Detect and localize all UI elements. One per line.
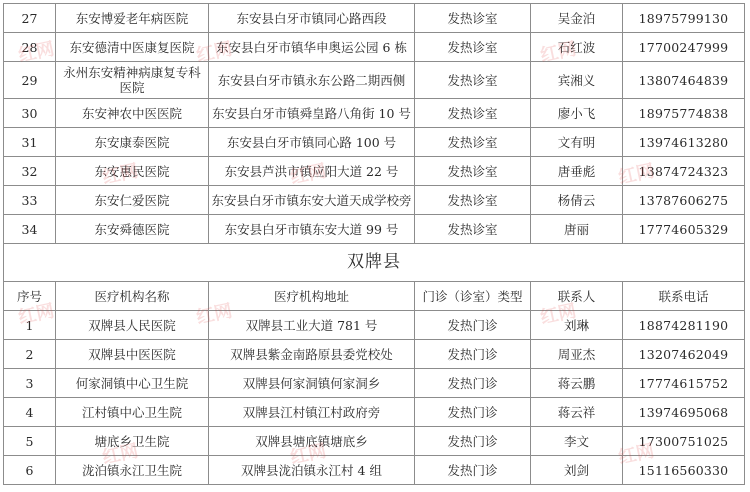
contact-phone: 18975799130 [623,4,745,33]
institution-address: 东安县白牙市镇东安大道 99 号 [209,215,415,244]
contact-person: 蒋云鹏 [531,369,623,398]
contact-person: 石红波 [531,33,623,62]
contact-person: 蒋云祥 [531,398,623,427]
row-number: 5 [4,427,56,456]
contact-phone: 17700247999 [623,33,745,62]
institution-address: 双牌县何家洞镇何家洞乡 [209,369,415,398]
table-row: 28 东安德清中医康复医院 东安县白牙市镇华申奥运公园 6 栋 发热诊室 石红波… [4,33,745,62]
contact-phone: 18975774838 [623,99,745,128]
contact-phone: 13974695068 [623,398,745,427]
table-row: 3 何家洞镇中心卫生院 双牌县何家洞镇何家洞乡 发热门诊 蒋云鹏 1777461… [4,369,745,398]
clinic-type: 发热诊室 [415,33,531,62]
institution-name: 东安惠民医院 [56,157,209,186]
contact-person: 唐丽 [531,215,623,244]
clinic-type: 发热诊室 [415,215,531,244]
clinic-type: 发热门诊 [415,427,531,456]
institution-name: 双牌县中医医院 [56,340,209,369]
contact-person: 刘琳 [531,311,623,340]
contact-phone: 13874724323 [623,157,745,186]
table-row: 6 泷泊镇永江卫生院 双牌县泷泊镇永江村 4 组 发热门诊 刘剑 1511656… [4,456,745,485]
row-number: 29 [4,62,56,99]
row-number: 31 [4,128,56,157]
institution-address: 东安县白牙市镇永东公路二期西侧 [209,62,415,99]
table-row: 5 塘底乡卫生院 双牌县塘底镇塘底乡 发热门诊 李文 17300751025 [4,427,745,456]
row-number: 34 [4,215,56,244]
contact-phone: 17774615752 [623,369,745,398]
column-header-contact: 联系人 [531,282,623,311]
row-number: 27 [4,4,56,33]
row-number: 28 [4,33,56,62]
contact-phone: 18874281190 [623,311,745,340]
column-header-phone: 联系电话 [623,282,745,311]
clinic-table: 27 东安博爱老年病医院 东安县白牙市镇同心路西段 发热诊室 吴金泊 18975… [3,3,745,485]
contact-phone: 13974613280 [623,128,745,157]
institution-address: 东安县白牙市镇东安大道天成学校旁 [209,186,415,215]
column-header-type: 门诊（诊室）类型 [415,282,531,311]
institution-name: 东安舜德医院 [56,215,209,244]
column-header-address: 医疗机构地址 [209,282,415,311]
clinic-type: 发热门诊 [415,311,531,340]
contact-person: 吴金泊 [531,4,623,33]
table-row: 32 东安惠民医院 东安县芦洪市镇应阳大道 22 号 发热诊室 唐垂彪 1387… [4,157,745,186]
clinic-type: 发热诊室 [415,186,531,215]
contact-person: 杨倩云 [531,186,623,215]
row-number: 1 [4,311,56,340]
contact-phone: 13207462049 [623,340,745,369]
clinic-type: 发热诊室 [415,128,531,157]
row-number: 4 [4,398,56,427]
institution-name: 何家洞镇中心卫生院 [56,369,209,398]
institution-address: 东安县芦洪市镇应阳大道 22 号 [209,157,415,186]
institution-address: 双牌县江村镇江村政府旁 [209,398,415,427]
table-row: 30 东安神农中医医院 东安县白牙市镇舜皇路八角街 10 号 发热诊室 廖小飞 … [4,99,745,128]
contact-person: 李文 [531,427,623,456]
institution-address: 东安县白牙市镇同心路 100 号 [209,128,415,157]
row-number: 32 [4,157,56,186]
contact-phone: 15116560330 [623,456,745,485]
institution-address: 双牌县紫金南路原县委党校处 [209,340,415,369]
contact-phone: 17300751025 [623,427,745,456]
clinic-type: 发热门诊 [415,456,531,485]
clinic-type: 发热门诊 [415,369,531,398]
institution-address: 双牌县塘底镇塘底乡 [209,427,415,456]
clinic-type: 发热诊室 [415,4,531,33]
table-row: 2 双牌县中医医院 双牌县紫金南路原县委党校处 发热门诊 周亚杰 1320746… [4,340,745,369]
row-number: 6 [4,456,56,485]
row-number: 2 [4,340,56,369]
row-number: 30 [4,99,56,128]
row-number: 33 [4,186,56,215]
contact-person: 廖小飞 [531,99,623,128]
contact-phone: 17774605329 [623,215,745,244]
contact-phone: 13807464839 [623,62,745,99]
clinic-type: 发热诊室 [415,157,531,186]
section-title: 双牌县 [4,244,745,282]
institution-name: 泷泊镇永江卫生院 [56,456,209,485]
institution-address: 双牌县泷泊镇永江村 4 组 [209,456,415,485]
clinic-type: 发热门诊 [415,340,531,369]
table-row: 29 永州东安精神病康复专科医院 东安县白牙市镇永东公路二期西侧 发热诊室 宾湘… [4,62,745,99]
institution-name: 塘底乡卫生院 [56,427,209,456]
table-row: 34 东安舜德医院 东安县白牙市镇东安大道 99 号 发热诊室 唐丽 17774… [4,215,745,244]
institution-name: 东安博爱老年病医院 [56,4,209,33]
table-header-row: 序号 医疗机构名称 医疗机构地址 门诊（诊室）类型 联系人 联系电话 [4,282,745,311]
contact-person: 周亚杰 [531,340,623,369]
institution-name: 江村镇中心卫生院 [56,398,209,427]
institution-address: 双牌县工业大道 781 号 [209,311,415,340]
clinic-type: 发热诊室 [415,62,531,99]
institution-name: 东安德清中医康复医院 [56,33,209,62]
table-row: 33 东安仁爱医院 东安县白牙市镇东安大道天成学校旁 发热诊室 杨倩云 1378… [4,186,745,215]
institution-address: 东安县白牙市镇华申奥运公园 6 栋 [209,33,415,62]
table-row: 1 双牌县人民医院 双牌县工业大道 781 号 发热门诊 刘琳 18874281… [4,311,745,340]
institution-address: 东安县白牙市镇同心路西段 [209,4,415,33]
contact-person: 宾湘义 [531,62,623,99]
institution-name: 东安神农中医医院 [56,99,209,128]
table-row: 31 东安康泰医院 东安县白牙市镇同心路 100 号 发热诊室 文有明 1397… [4,128,745,157]
contact-person: 文有明 [531,128,623,157]
institution-name: 永州东安精神病康复专科医院 [56,62,209,99]
clinic-type: 发热诊室 [415,99,531,128]
institution-name: 东安仁爱医院 [56,186,209,215]
institution-name: 双牌县人民医院 [56,311,209,340]
column-header-name: 医疗机构名称 [56,282,209,311]
institution-name: 东安康泰医院 [56,128,209,157]
row-number: 3 [4,369,56,398]
contact-person: 刘剑 [531,456,623,485]
contact-person: 唐垂彪 [531,157,623,186]
column-header-number: 序号 [4,282,56,311]
institution-address: 东安县白牙市镇舜皇路八角街 10 号 [209,99,415,128]
clinic-type: 发热门诊 [415,398,531,427]
table-row: 27 东安博爱老年病医院 东安县白牙市镇同心路西段 发热诊室 吴金泊 18975… [4,4,745,33]
table-row: 4 江村镇中心卫生院 双牌县江村镇江村政府旁 发热门诊 蒋云祥 13974695… [4,398,745,427]
contact-phone: 13787606275 [623,186,745,215]
section-title-row: 双牌县 [4,244,745,282]
